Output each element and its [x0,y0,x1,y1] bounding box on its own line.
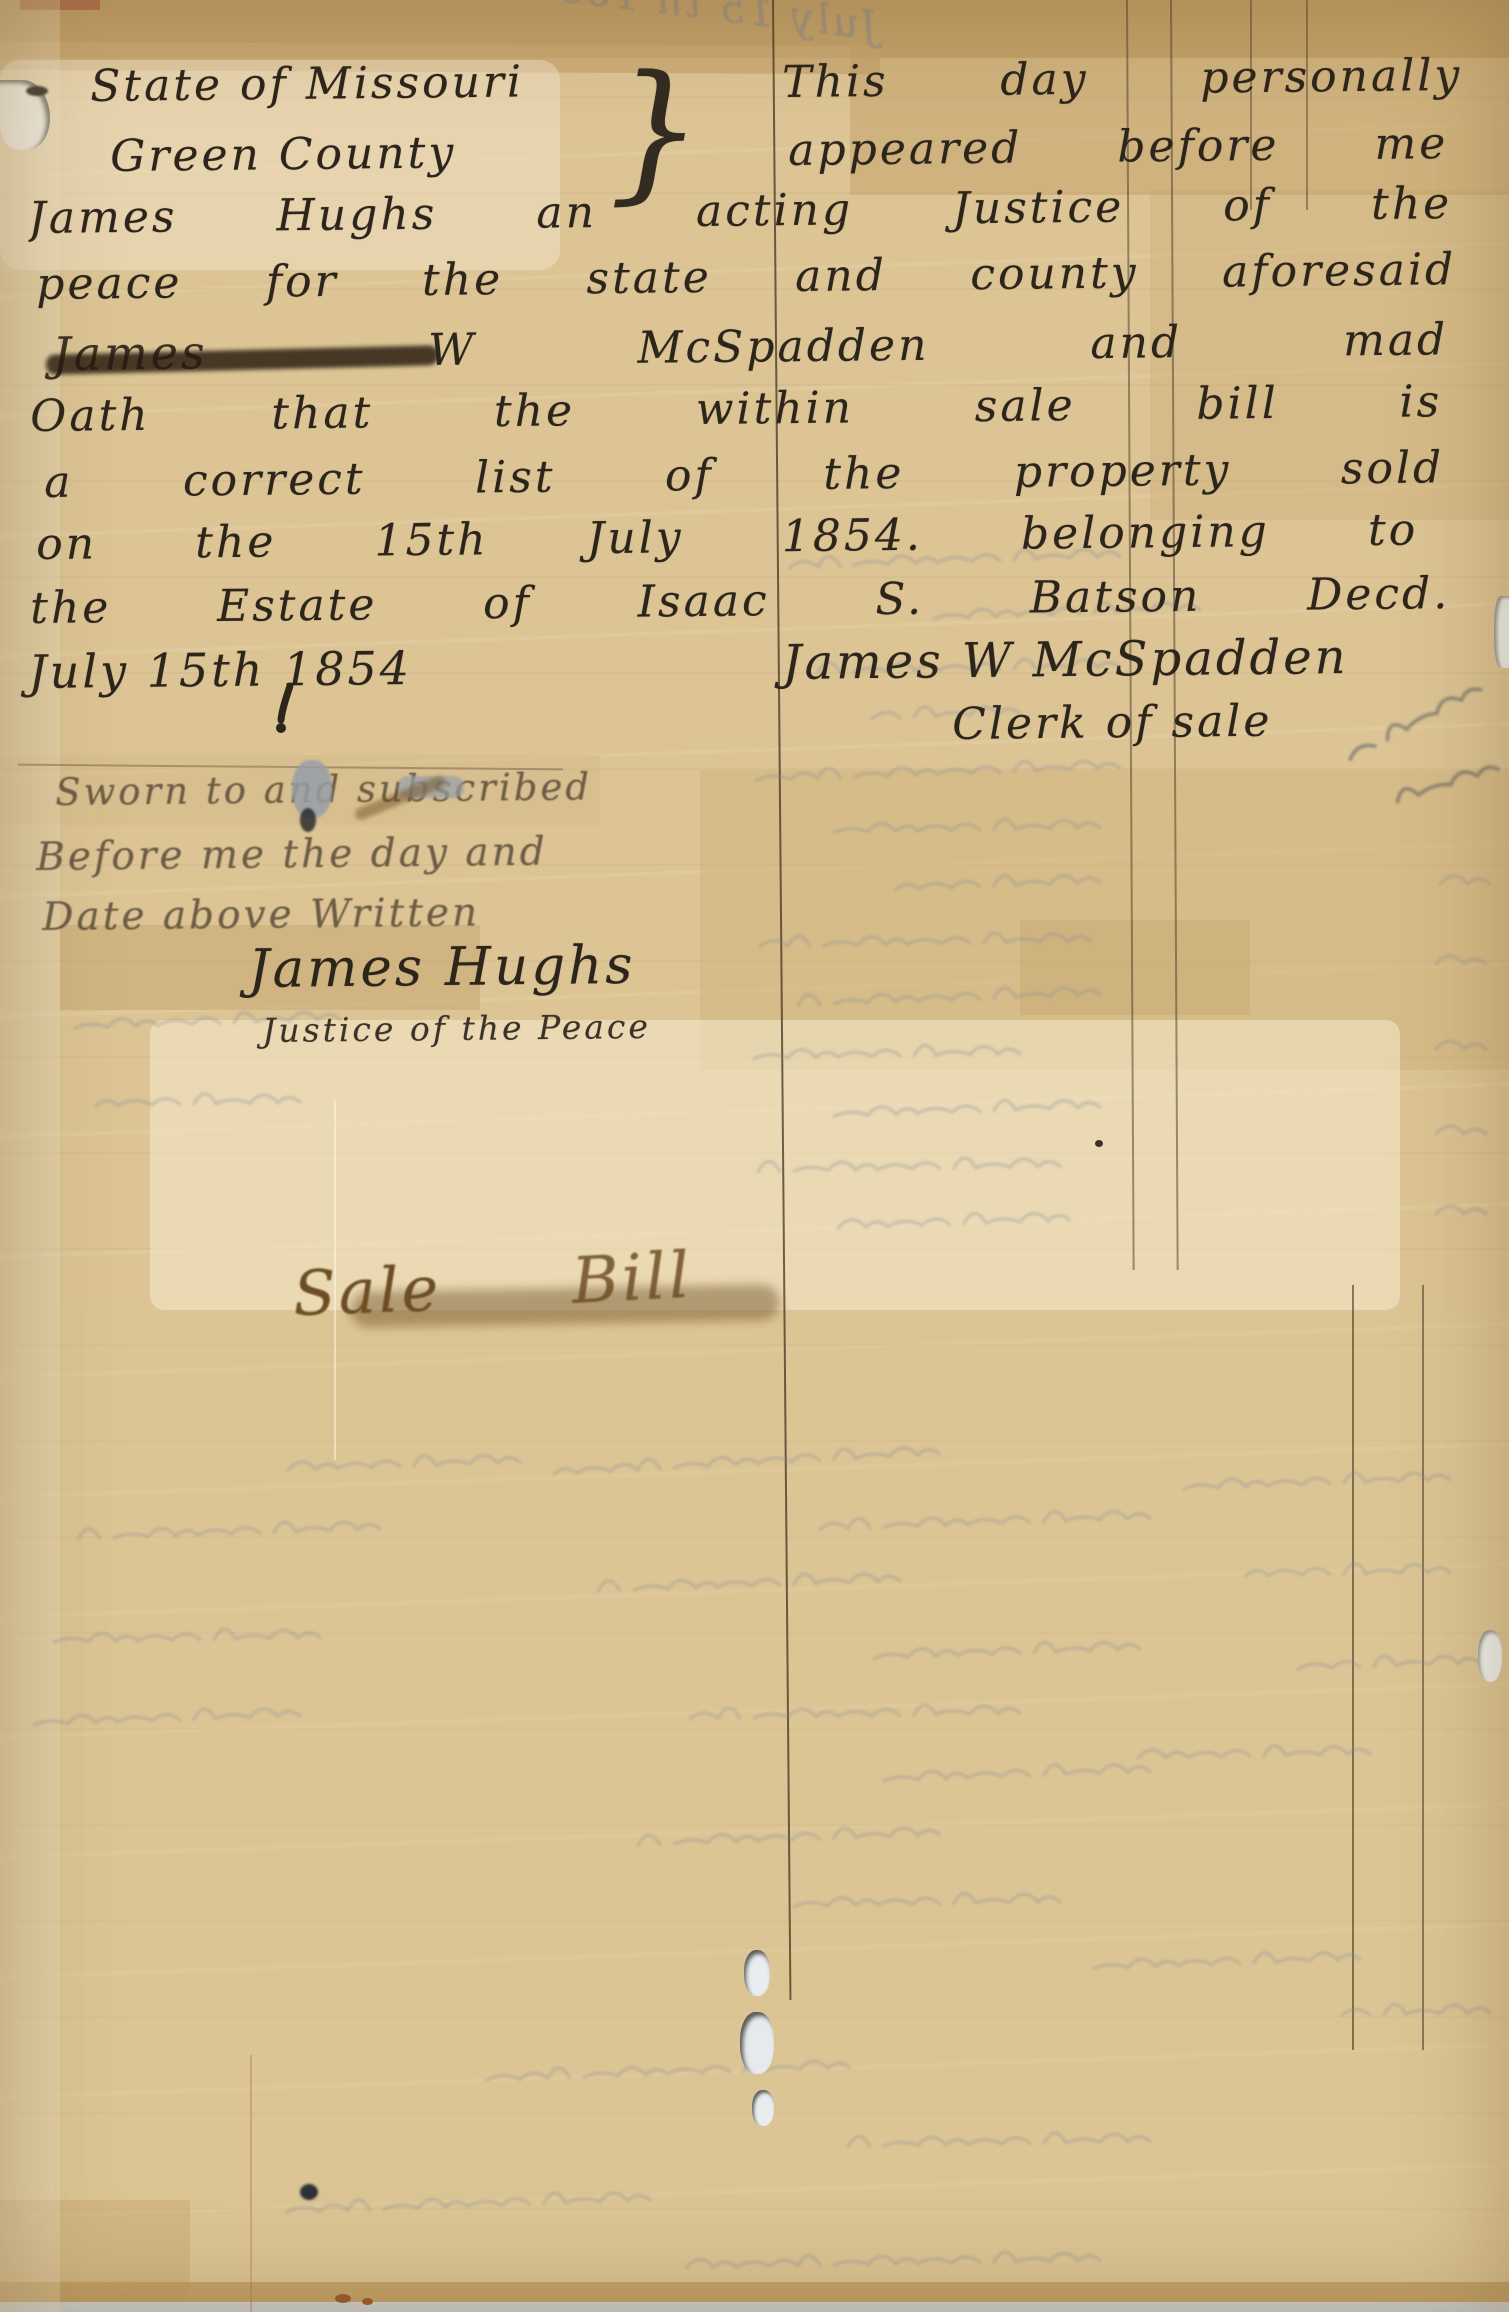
ink-blot [300,2184,318,2200]
bleedthrough-ghost-stroke [599,1567,900,1611]
bleedthrough-ghost-stroke [1446,950,1486,984]
bleedthrough-ghost-stroke [79,1515,380,1559]
bleedthrough-ghost-stroke [800,1888,1061,1927]
bleedthrough-ghost-stroke [500,2054,851,2100]
attestation-line: Sworn to and subscribed [55,766,592,814]
tape-mark [1020,920,1250,1015]
state-line: State of Missouri [90,57,524,112]
paper-tear [0,80,50,150]
stain [0,2200,190,2312]
bleedthrough-ghost-stroke [299,1448,520,1490]
docket-word-bill: Bill [570,1240,694,1320]
stain [0,1310,1509,2310]
bleedthrough-ghost-stroke [1099,1945,1360,1988]
paper-tear [1494,596,1509,668]
bleedthrough-ghost-stroke [780,754,1121,800]
stain [20,0,100,10]
hole [744,1950,770,1996]
docket-word-sale: Sale [292,1253,442,1329]
justice-title: Justice of the Peace [262,1008,651,1050]
date-line: July 15th 1854 [28,642,412,699]
paper-speck [1095,1140,1103,1147]
right-rule-line [1352,1285,1354,2050]
bleedthrough-ghost-stroke [1389,756,1504,822]
paper-tear [1478,1630,1502,1682]
bleedthrough-ghost-stroke [1440,870,1490,904]
bleedthrough-ghost-stroke [1440,1035,1486,1069]
rust-speck [362,2298,373,2305]
bleedthrough-ghost-stroke [559,1440,940,1494]
bleedthrough-ghost-stroke [840,814,1101,853]
stain [0,0,60,2312]
pencil-note-mirrored: July 15 th 1854 [522,0,880,50]
bleedthrough-ghost-stroke [1446,1120,1486,1154]
bleedthrough-ghost-stroke [760,1152,1061,1191]
bleedthrough-ghost-stroke [1150,1740,1371,1778]
bleedthrough-ghost-stroke [1360,677,1491,768]
county-line: Green County [110,128,456,182]
bleedthrough-ghost-stroke [1299,1649,1480,1689]
bleedthrough-ghost-stroke [1440,1200,1486,1234]
red-margin-line [250,2055,252,2312]
bleedthrough-ghost-stroke [770,1040,1021,1078]
bleedthrough-ghost-stroke [1199,1466,1450,1509]
clerk-signature: James W McSpadden [782,630,1349,691]
body-line: This day personally [782,51,1463,122]
stain [700,770,1509,1070]
body-line: James Hughs an acting Justice of the [28,179,1453,258]
body-line: peace for the state and county aforesaid [36,245,1457,324]
hole [740,2012,774,2074]
right-rule-line [1422,1285,1424,2050]
bleedthrough-ghost-stroke [760,927,1091,967]
bleedthrough-ghost-stroke [1350,1999,1491,2035]
bleedthrough-ghost-stroke [820,1504,1151,1549]
bleedthrough-ghost-stroke [700,1699,1021,1739]
attestation-line: Date above Written [42,891,480,940]
scan-edge [0,2302,1509,2312]
bleedthrough-ghost-stroke [850,2127,1151,2166]
bleedthrough-ghost-stroke [899,869,1100,910]
clerk-title: Clerk of sale [952,697,1273,751]
paper-speck [26,86,48,96]
justice-signature: James Hughs [248,936,636,1001]
struck-out-word: James [52,326,208,381]
bleedthrough-ghost-stroke [1250,1558,1451,1595]
attestation-line: Before me the day and [36,831,548,881]
rust-speck [335,2294,351,2303]
bleedthrough-ghost-stroke [899,1758,1150,1801]
hole [752,2090,774,2126]
body-line: Oath that the within sale bill is [30,377,1443,456]
bleedthrough-ghost-stroke [40,1624,321,1663]
bleedthrough-ghost-stroke [100,1088,301,1125]
document-page: July 15 th 1854 State of Missouri } Gree… [0,0,1509,2312]
stain [0,2282,1509,2304]
bleedthrough-ghost-stroke [859,1635,1140,1679]
bleedthrough-ghost-stroke [700,2247,1101,2288]
bleedthrough-ghost-stroke [799,981,1100,1025]
bleedthrough-ghost-stroke [300,2186,651,2232]
bleedthrough-ghost-stroke [639,1821,940,1865]
bleedthrough-ghost-stroke [59,1702,300,1744]
bleedthrough-ghost-stroke [819,1093,1100,1137]
bleedthrough-ghost-stroke [849,1206,1070,1248]
